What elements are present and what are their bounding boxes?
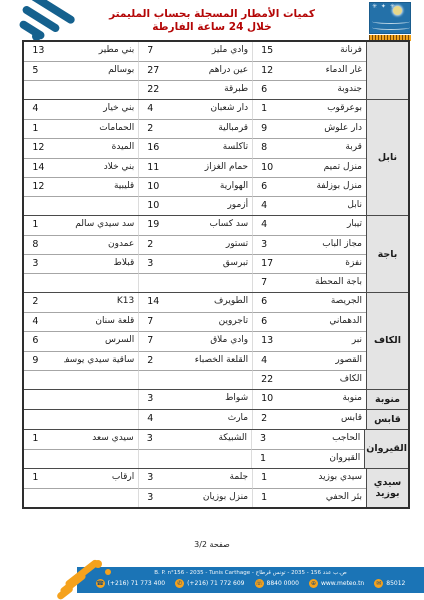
rainfall-value: 10: [252, 158, 292, 177]
station-name: الميدة: [64, 138, 138, 157]
region-group: فرنانة15وادي مليز7بني مطير13غار الدماء12…: [24, 42, 408, 99]
station-name: منوبة: [292, 390, 366, 409]
station-name: دار شعبان: [178, 100, 252, 119]
rainfall-value: 12: [24, 177, 64, 196]
table-row: الدهماني6تاجروين7قلعة سنان4: [24, 312, 366, 331]
station-name: تبرسق: [178, 254, 252, 273]
table-row: منزل بوزلفة6الهوارية10قليبية12: [24, 177, 366, 196]
table-row: الكاف22: [24, 370, 366, 389]
rainfall-value: [24, 196, 64, 215]
station-name: ارقاب: [64, 469, 138, 488]
table-row: منزل تميم10حمام الغزاز11بني خلاد14: [24, 158, 366, 177]
contact-item: ✉85012: [374, 579, 405, 588]
logo-dot: [94, 560, 102, 568]
rainfall-value: [24, 488, 64, 507]
region-rows: قابس2مارث4: [24, 410, 366, 429]
rainfall-value: 2: [252, 410, 292, 429]
rainfall-value: 11: [138, 158, 178, 177]
table-row: غار الدماء12عين دراهم27بوسالم5: [24, 61, 366, 80]
station-name: قابس: [292, 410, 366, 429]
wave-icon: [372, 25, 410, 30]
station-name: وادي ملاق: [178, 331, 252, 350]
rainfall-value: 22: [252, 370, 292, 389]
meteo-institute-logo: ✳ ✦ ✳: [369, 2, 411, 43]
rainfall-value: 4: [24, 312, 64, 331]
table-row: نبر13وادي ملاق7السرس6: [24, 331, 366, 350]
contact-list: ☎(+216) 71 773 400✆(+216) 71 772 609☏884…: [77, 579, 424, 588]
station-name: قربة: [292, 138, 366, 157]
table-row: جندوبة6طبرقة22: [24, 80, 366, 99]
station-name: [64, 370, 138, 389]
region-group: نابلبوعرقوب1دار شعبان4بني خيار4دار علوش9…: [24, 99, 408, 215]
station-name: [64, 196, 138, 215]
region-rows: تيبار4سد كساب19سد سيدي سالم1مجاز الباب3ت…: [24, 216, 366, 292]
contact-text: 8840 0000: [267, 580, 299, 587]
station-name: [64, 449, 138, 468]
logo-emblem: ✳ ✦ ✳: [369, 2, 411, 34]
station-name: نابل: [292, 196, 366, 215]
logo-dot: [105, 569, 111, 575]
table-row: قربة8تاكلسة16الميدة12: [24, 138, 366, 157]
rainfall-value: 3: [24, 254, 64, 273]
station-name: [64, 488, 138, 507]
station-name: القلعة الخصباء: [178, 351, 252, 370]
station-name: فرنانة: [292, 42, 366, 61]
rainfall-value: 9: [24, 351, 64, 370]
station-name: قبلاط: [64, 254, 138, 273]
page-title: كميات الأمطار المسجلة بحساب المليمتر خلا…: [60, 8, 364, 34]
region-group: باجةتيبار4سد كساب19سد سيدي سالم1مجاز الب…: [24, 215, 408, 292]
station-name: شواط: [178, 390, 252, 409]
table-row: فرنانة15وادي مليز7بني مطير13: [24, 42, 366, 61]
station-name: منزل بوزلفة: [292, 177, 366, 196]
region-label: باجة: [366, 216, 408, 292]
rainfall-value: 5: [24, 61, 64, 80]
station-name: الحمامات: [64, 119, 138, 138]
rainfall-value: [24, 410, 64, 429]
station-name: نفزة: [292, 254, 366, 273]
address-arabic: ص.ب عدد 156 - 2035 - تونس قرطاج: [256, 570, 347, 576]
footer-streaks-logo: [50, 556, 112, 600]
rainfall-value: 4: [138, 410, 178, 429]
rainfall-value: 8: [24, 235, 64, 254]
station-name: سد سيدي سالم: [64, 216, 138, 235]
station-name: بني مطير: [64, 42, 138, 61]
rainfall-value: 14: [138, 293, 178, 312]
rain-table: فرنانة15وادي مليز7بني مطير13غار الدماء12…: [22, 40, 410, 509]
rainfall-value: 4: [252, 196, 292, 215]
station-name: الدهماني: [292, 312, 366, 331]
region-group: منوبةمنوبة10شواط3: [24, 389, 408, 409]
station-name: [64, 410, 138, 429]
rainfall-value: 9: [252, 119, 292, 138]
station-name: قلعة سنان: [64, 312, 138, 331]
region-label: الكاف: [366, 293, 408, 388]
rainfall-value: 3: [252, 235, 292, 254]
rainfall-value: 1: [24, 216, 64, 235]
station-name: سد كساب: [178, 216, 252, 235]
station-name: قليبية: [64, 177, 138, 196]
rainfall-value: 3: [138, 469, 178, 488]
station-name: الهوارية: [178, 177, 252, 196]
station-name: طبرقة: [178, 80, 252, 99]
region-group: الكافالجريصة6الطويرف14K132الدهماني6تاجرو…: [24, 292, 408, 388]
station-name: حمام الغزاز: [178, 158, 252, 177]
station-name: بوعرقوب: [292, 100, 366, 119]
rainfall-value: 2: [24, 293, 64, 312]
globe-icon: ⊕: [309, 579, 318, 588]
station-name: [178, 370, 252, 389]
rainfall-value: [138, 370, 178, 389]
station-name: [177, 449, 251, 468]
rainfall-value: 19: [138, 216, 178, 235]
table-row: تيبار4سد كساب19سد سيدي سالم1: [24, 216, 366, 235]
rainfall-value: 12: [24, 138, 64, 157]
rainfall-value: 1: [24, 119, 64, 138]
table-row: الجريصة6الطويرف14K132: [24, 293, 366, 312]
rainfall-value: 7: [138, 312, 178, 331]
rainfall-value: 1: [252, 469, 292, 488]
station-name: K13: [64, 293, 138, 312]
contact-item: ⊕www.meteo.tn: [309, 579, 364, 588]
rainfall-value: 4: [138, 100, 178, 119]
rainfall-value: 3: [138, 488, 178, 507]
rainfall-value: 6: [252, 312, 292, 331]
logo-stripe: [56, 584, 74, 600]
rainfall-value: 4: [252, 216, 292, 235]
region-group: قابسقابس2مارث4: [24, 409, 408, 429]
table-row: دار علوش9قرمبالية2الحمامات1: [24, 119, 366, 138]
rainfall-value: 6: [24, 331, 64, 350]
station-name: جلمة: [178, 469, 252, 488]
title-line-1: كميات الأمطار المسجلة بحساب المليمتر: [60, 8, 364, 21]
footer-contact-bar: B. P. n°156 - 2035 - Tunis Carthage - ص.…: [77, 567, 424, 593]
table-row: بئر الحفي1منزل بوزيان3: [24, 488, 366, 507]
mail-icon: ✉: [374, 579, 383, 588]
station-name: منزل بوزيان: [178, 488, 252, 507]
table-row: سيدي بوزيد1جلمة3ارقاب1: [24, 469, 366, 488]
station-name: مارث: [178, 410, 252, 429]
rainfall-value: 4: [252, 351, 292, 370]
station-name: تاجروين: [178, 312, 252, 331]
station-name: الشبيكة: [177, 430, 251, 449]
station-name: أزمور: [178, 196, 252, 215]
station-name: جندوبة: [292, 80, 366, 99]
station-name: دار علوش: [292, 119, 366, 138]
contact-text: (+216) 71 772 609: [187, 580, 244, 587]
fax-icon: ✆: [175, 579, 184, 588]
station-name: بني خلاد: [64, 158, 138, 177]
rainfall-value: 1: [251, 449, 290, 468]
address-latin: B. P. n°156 - 2035 - Tunis Carthage -: [154, 570, 254, 576]
address-line: B. P. n°156 - 2035 - Tunis Carthage - ص.…: [77, 570, 424, 577]
station-name: القيروان: [290, 449, 364, 468]
table-row: مجاز الباب3تستور2عمدون8: [24, 235, 366, 254]
rainfall-value: 7: [138, 42, 178, 61]
region-label: سيدي بوزيد: [366, 469, 408, 507]
rainfall-value: 6: [252, 293, 292, 312]
rainfall-value: 12: [252, 61, 292, 80]
rainfall-value: 13: [252, 331, 292, 350]
contact-item: ☏8840 0000: [255, 579, 299, 588]
station-name: عمدون: [64, 235, 138, 254]
table-row: نفزة17تبرسق3قبلاط3: [24, 254, 366, 273]
handset-icon: ☏: [255, 579, 264, 588]
rainfall-value: 7: [252, 273, 292, 292]
station-name: مجاز الباب: [292, 235, 366, 254]
station-name: بوسالم: [64, 61, 138, 80]
rainfall-value: 1: [24, 469, 64, 488]
rainfall-value: 3: [138, 254, 178, 273]
station-name: بئر الحفي: [292, 488, 366, 507]
station-name: الكاف: [292, 370, 366, 389]
rainfall-value: [24, 273, 64, 292]
region-rows: الجريصة6الطويرف14K132الدهماني6تاجروين7قل…: [24, 293, 366, 388]
region-rows: منوبة10شواط3: [24, 390, 366, 409]
rainfall-value: [24, 370, 64, 389]
rainfall-value: 3: [251, 430, 290, 449]
station-name: تيبار: [292, 216, 366, 235]
rainfall-value: 4: [24, 100, 64, 119]
contact-text: www.meteo.tn: [321, 580, 364, 587]
table-row: القيروان1: [24, 449, 364, 468]
rainfall-value: 1: [252, 488, 292, 507]
station-name: السرس: [64, 331, 138, 350]
station-name: نبر: [292, 331, 366, 350]
rainfall-value: 10: [138, 196, 178, 215]
rainfall-value: 22: [138, 80, 178, 99]
station-name: غار الدماء: [292, 61, 366, 80]
rainfall-value: [24, 390, 64, 409]
rainfall-value: 1: [252, 100, 292, 119]
rainfall-value: 6: [252, 80, 292, 99]
region-rows: الحاجب3الشبيكة3سيدي سعد1القيروان1: [24, 430, 364, 468]
station-name: ساقية سيدي يوسف: [64, 351, 138, 370]
table-row: باجة المحطة7: [24, 273, 366, 292]
table-row: قابس2مارث4: [24, 410, 366, 429]
table-row: منوبة10شواط3: [24, 390, 366, 409]
rainfall-value: [138, 449, 177, 468]
region-group: القيروانالحاجب3الشبيكة3سيدي سعد1القيروان…: [24, 429, 408, 468]
station-name: سيدي بوزيد: [292, 469, 366, 488]
station-name: عين دراهم: [178, 61, 252, 80]
contact-text: 85012: [386, 580, 405, 587]
stars-icon: ✳ ✦ ✳: [372, 3, 396, 10]
rainfall-value: 2: [138, 235, 178, 254]
station-name: [178, 273, 252, 292]
rainfall-value: 15: [252, 42, 292, 61]
region-rows: سيدي بوزيد1جلمة3ارقاب1بئر الحفي1منزل بوز…: [24, 469, 366, 507]
station-name: الحاجب: [290, 430, 364, 449]
station-name: القصور: [292, 351, 366, 370]
rainfall-value: 1: [24, 430, 63, 449]
table-row: نابل4أزمور10: [24, 196, 366, 215]
rainfall-value: 7: [138, 331, 178, 350]
station-name: بني خيار: [64, 100, 138, 119]
table-row: بوعرقوب1دار شعبان4بني خيار4: [24, 100, 366, 119]
rainfall-value: 14: [24, 158, 64, 177]
rainfall-value: 8: [252, 138, 292, 157]
rainfall-value: 16: [138, 138, 178, 157]
page-number: صفحة 3/2: [0, 540, 424, 549]
region-label: منوبة: [366, 390, 408, 409]
rainfall-value: 2: [138, 119, 178, 138]
contact-item: ✆(+216) 71 772 609: [175, 579, 244, 588]
rainfall-value: [138, 273, 178, 292]
region-rows: بوعرقوب1دار شعبان4بني خيار4دار علوش9قرمب…: [24, 100, 366, 215]
title-line-2: خلال 24 ساعة الفارطة: [60, 21, 364, 34]
station-name: باجة المحطة: [292, 273, 366, 292]
region-label: [366, 42, 408, 99]
station-name: الجريصة: [292, 293, 366, 312]
rainfall-value: 2: [138, 351, 178, 370]
report-page: ✳ ✦ ✳ كميات الأمطار المسجلة بحساب المليم…: [0, 0, 424, 600]
station-name: [64, 273, 138, 292]
station-name: [64, 390, 138, 409]
region-label: قابس: [366, 410, 408, 429]
station-name: [64, 80, 138, 99]
station-name: منزل تميم: [292, 158, 366, 177]
rainfall-value: 10: [138, 177, 178, 196]
station-name: وادي مليز: [178, 42, 252, 61]
rainfall-value: 3: [138, 430, 177, 449]
region-label: نابل: [366, 100, 408, 215]
table-row: الحاجب3الشبيكة3سيدي سعد1: [24, 430, 364, 449]
region-label: القيروان: [364, 430, 408, 468]
wave-icon: [372, 19, 410, 24]
rainfall-value: [24, 80, 64, 99]
contact-text: (+216) 71 773 400: [108, 580, 165, 587]
table-row: القصور4القلعة الخصباء2ساقية سيدي يوسف9: [24, 351, 366, 370]
region-rows: فرنانة15وادي مليز7بني مطير13غار الدماء12…: [24, 42, 366, 99]
region-group: سيدي بوزيدسيدي بوزيد1جلمة3ارقاب1بئر الحف…: [24, 468, 408, 507]
station-name: قرمبالية: [178, 119, 252, 138]
station-name: تستور: [178, 235, 252, 254]
station-name: تاكلسة: [178, 138, 252, 157]
rainfall-value: [24, 449, 63, 468]
rainfall-value: 17: [252, 254, 292, 273]
station-name: الطويرف: [178, 293, 252, 312]
rainfall-value: 6: [252, 177, 292, 196]
rainfall-value: 10: [252, 390, 292, 409]
rainfall-value: 13: [24, 42, 64, 61]
rainfall-value: 27: [138, 61, 178, 80]
rainfall-value: 3: [138, 390, 178, 409]
station-name: سيدي سعد: [64, 430, 138, 449]
